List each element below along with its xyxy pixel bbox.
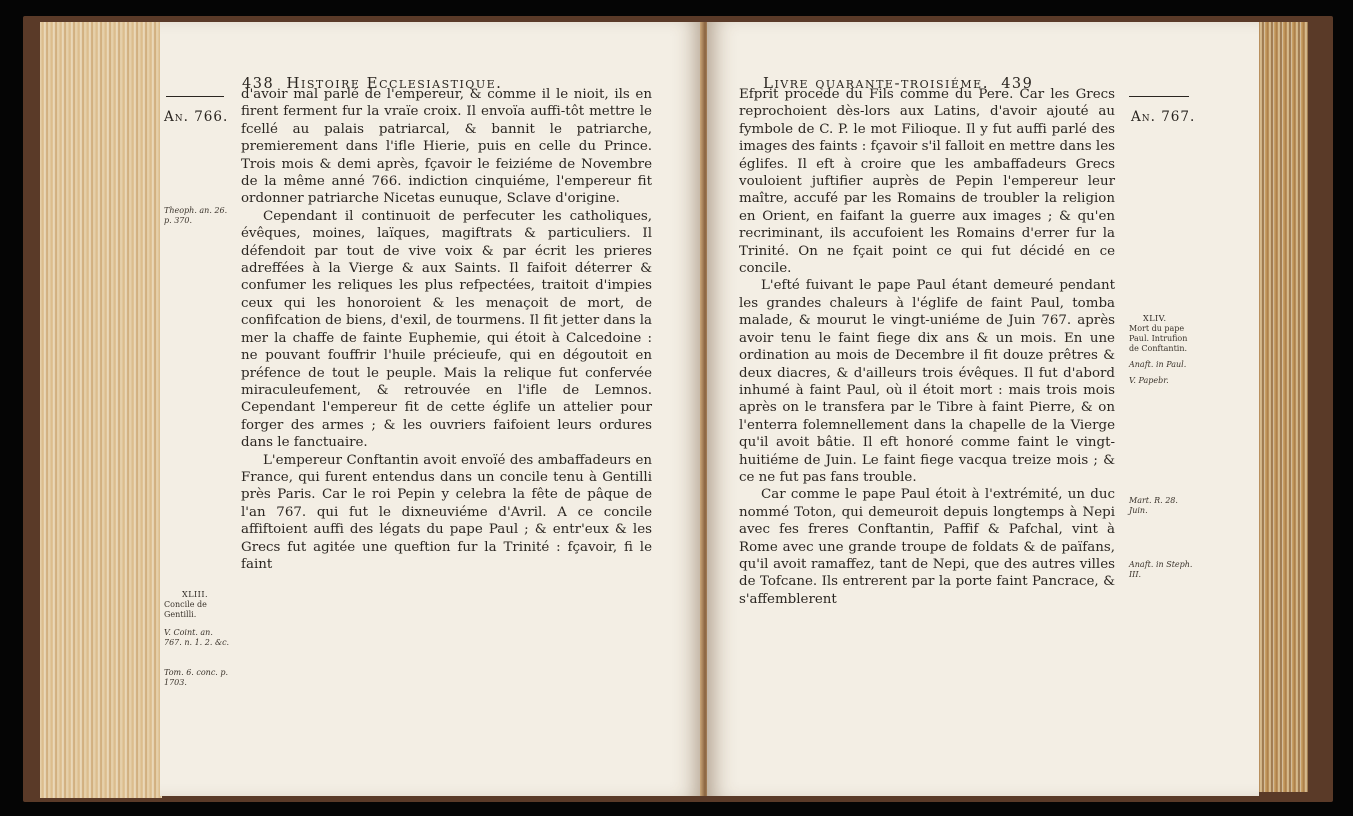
margin-note: Concile de Gentilli. xyxy=(164,600,230,620)
margin-note: V. Papebr. xyxy=(1129,376,1193,386)
right-page: Livre quarante-troisiéme. 439 An. 767. X… xyxy=(707,22,1259,796)
margin-note: Mart. R. 28. Juin. xyxy=(1129,496,1193,516)
section-number: XLIII. xyxy=(182,590,208,599)
margin-note: Anaft. in Steph. III. xyxy=(1129,560,1193,580)
paragraph: L'empereur Conftantin avoit envoïé des a… xyxy=(241,452,652,574)
margin-note: Mort du pape Paul. Intrufion de Conftant… xyxy=(1129,324,1193,354)
margin-note: Anaft. in Paul. xyxy=(1129,360,1193,370)
year-marker: An. 766. xyxy=(164,109,228,125)
margin-note: V. Coint. an. 767. n. 1. 2. &c. xyxy=(164,628,230,648)
margin-rule xyxy=(166,96,224,97)
paragraph: Cependant il continuoit de perfecuter le… xyxy=(241,208,652,452)
year-marker: An. 767. xyxy=(1131,109,1195,125)
margin-rule xyxy=(1129,96,1189,97)
paragraph: L'efté fuivant le pape Paul étant demeur… xyxy=(739,277,1115,486)
left-page: 438 Histoire Ecclesiastique. An. 766. Th… xyxy=(160,22,702,796)
right-page-body: Efprit procede du Fils comme du Pere. Ca… xyxy=(739,86,1115,608)
page-edges-left xyxy=(40,22,162,798)
margin-note: Theoph. an. 26. p. 370. xyxy=(164,206,230,226)
paragraph: Car comme le pape Paul étoit à l'extrémi… xyxy=(739,486,1115,608)
page-edges-right xyxy=(1256,22,1308,792)
paragraph: d'avoir mal parlé de l'empereur, & comme… xyxy=(241,86,652,208)
left-page-body: d'avoir mal parlé de l'empereur, & comme… xyxy=(241,86,652,573)
section-number: XLIV. xyxy=(1143,314,1167,323)
paragraph: Efprit procede du Fils comme du Pere. Ca… xyxy=(739,86,1115,277)
margin-note: Tom. 6. conc. p. 1703. xyxy=(164,668,230,688)
